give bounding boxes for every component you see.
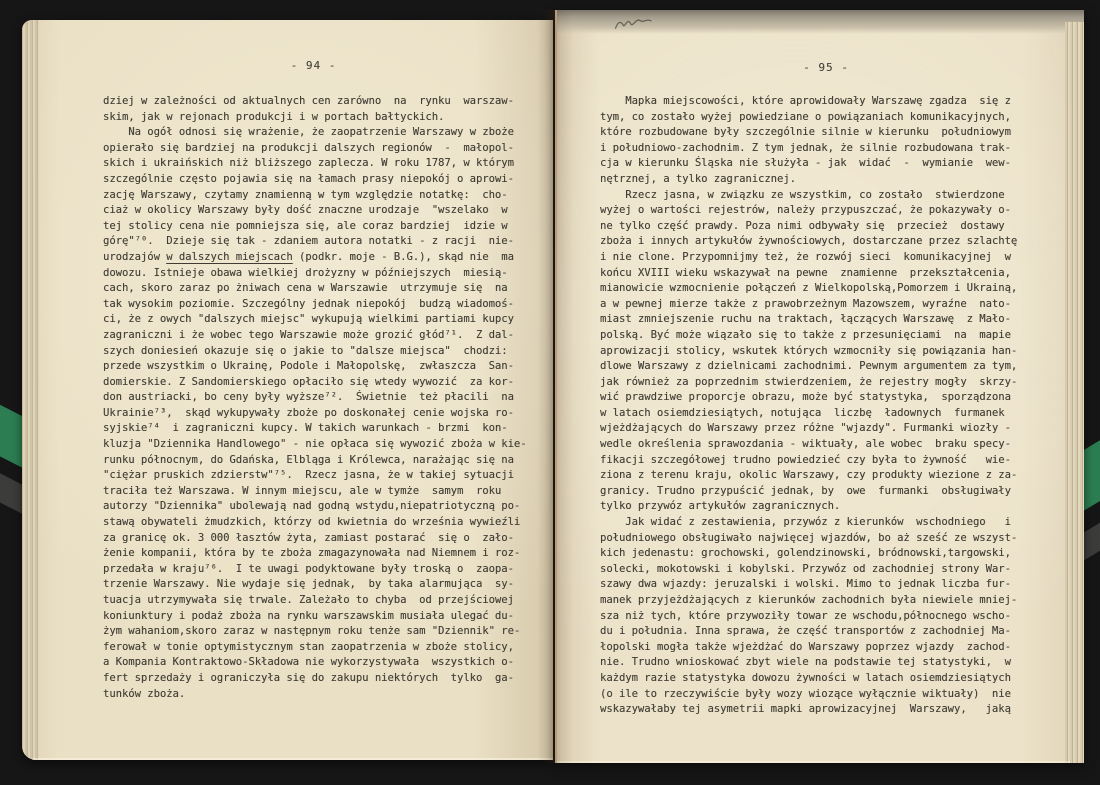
text-line: fert sprzedaży i ograniczyła się do zaku… <box>103 671 524 687</box>
text-line: skim, jak w rejonach produkcji i w porta… <box>103 110 524 126</box>
text-line: dowozu. Istnieje obawa wielkiej drożyzny… <box>103 266 524 282</box>
text-line: mianowicie wzmocnienie połączeń z Wielko… <box>600 281 1052 297</box>
text-line: du i południa. Inna sprawa, że część tra… <box>600 624 1052 640</box>
text-line: koniunktury i podaż zboża na rynku warsz… <box>103 609 524 625</box>
text-line: żym wahaniom,skoro zaraz w następnym rok… <box>103 624 524 640</box>
text-line: każdym razie statystyka dowozu żywności … <box>600 671 1052 687</box>
text-line: wyżej o wartości rejestrów, należy przyp… <box>600 203 1052 219</box>
text-line: cach, skoro zaraz po żniwach cena w Wars… <box>103 281 524 297</box>
text-line: i południowo-zachodnim. Z tym jednak, że… <box>600 141 1052 157</box>
text-line: zagraniczni i że wobec tego Warszawie mo… <box>103 328 524 344</box>
text-line: miast zmniejszenie ruchu na traktach, łą… <box>600 312 1052 328</box>
text-line: tym, co zostało wyżej powiedziane o powi… <box>600 110 1052 126</box>
text-line: końcu XVIII wieku wskazywał na pewne zna… <box>600 266 1052 282</box>
text-line: wjeżdżających do Warszawy przez różne "w… <box>600 421 1052 437</box>
text-line: Ukrainie⁷³, skąd wykupywały zboże po dos… <box>103 406 524 422</box>
page-edge-stack-left <box>22 20 39 760</box>
text-line: Jak widać z zestawienia, przywóz z kieru… <box>600 515 1052 531</box>
text-line: a Kompania Kontraktowo-Składowa nie wyko… <box>103 655 524 671</box>
text-line: stawą obywateli żmudzkich, którzy od kwi… <box>103 515 524 531</box>
page-number-right: - 95 - <box>600 60 1052 75</box>
text-line: polską. Być może wiązało się to także z … <box>600 328 1052 344</box>
text-line: szawy dwa wjazdy: jeruzalski i wolski. M… <box>600 577 1052 593</box>
text-line: tej stolicy cena nie pomniejsza się, ale… <box>103 219 524 235</box>
text-line: opierało się bardziej na produkcji dalsz… <box>103 141 524 157</box>
text-line: a w pewnej mierze także z prawobrzeżnym … <box>600 297 1052 313</box>
text-line: autorzy "Dziennika" ubolewają nad godną … <box>103 499 524 515</box>
text-line: tuacja utrzymywała się trwale. Zależało … <box>103 593 524 609</box>
text-line: dlowe Warszawy z dzielnicami zachodnimi.… <box>600 359 1052 375</box>
page-number-left: - 94 - <box>103 58 524 73</box>
text-line: domierskie. Z Sandomierskiego opłaciło s… <box>103 375 524 391</box>
text-line: urodzajów w dalszych miejscach (podkr. m… <box>103 250 524 266</box>
text-line: przedała w kraju⁷⁶. I te uwagi podyktowa… <box>103 562 524 578</box>
text-line: tylko przywóz artykułów zagranicznych. <box>600 499 1052 515</box>
text-line: wić prawdziwe proporcje obrazu, może być… <box>600 390 1052 406</box>
text-line: ci, że z owych "dalszych miejsc" wykupuj… <box>103 312 524 328</box>
text-line: tak wysokim poziomie. Szczególny jednak … <box>103 297 524 313</box>
text-line: kich jedenastu: grochowski, golendzinows… <box>600 546 1052 562</box>
page-text-left: dziej w zależności od aktualnych cen zar… <box>103 94 524 702</box>
text-line: Rzecz jasna, w związku ze wszystkim, co … <box>600 188 1052 204</box>
text-line: nętrznej, a tylko zagranicznej. <box>600 172 1052 188</box>
text-line: syjskie⁷⁴ i zagraniczni kupcy. W takich … <box>103 421 524 437</box>
text-line: tunków zboża. <box>103 687 524 703</box>
text-line: ziona z terenu kraju, okolic Warszawy, c… <box>600 468 1052 484</box>
text-line: szczególnie często pojawia się na łamach… <box>103 172 524 188</box>
text-line: w latach osiemdziesiątych, notująca licz… <box>600 406 1052 422</box>
text-line: zboża i innych artykułów żywnościowych, … <box>600 234 1052 250</box>
text-line: przede wszystkim o Ukrainę, Podole i Mał… <box>103 359 524 375</box>
text-line: ciaż w okolicy Warszawy były dość znaczn… <box>103 203 524 219</box>
page-edge-stack-right <box>1065 22 1084 763</box>
text-line: manek przyjeżdżających z kierunków zacho… <box>600 593 1052 609</box>
scanned-page-right: - 95 - Mapka miejscowości, które aprowid… <box>555 10 1084 763</box>
text-line: solecki, mokotowski i kobylski. Przywóz … <box>600 562 1052 578</box>
text-line: górę"⁷⁰. Dzieje się tak - zdaniem autora… <box>103 234 524 250</box>
text-line: don austriacki, bo ceny były wyższe⁷². Ś… <box>103 390 524 406</box>
text-line: żenie kompanii, która by te zboża zmagaz… <box>103 546 524 562</box>
text-line: jak również za poprzednim stwierdzeniem,… <box>600 375 1052 391</box>
text-line: cja w kierunku Śląska nie służyła - jak … <box>600 156 1052 172</box>
text-line: ne tylko część prawdy. Poza nimi odbywał… <box>600 219 1052 235</box>
text-line: kluzja "Dziennika Handlowego" - nie opła… <box>103 437 524 453</box>
text-line: runku północnym, do Gdańska, Elbląga i K… <box>103 453 524 469</box>
text-line: granicy. Trudno przypuścić jednak, by ow… <box>600 484 1052 500</box>
text-line: które rozbudowane były szczególnie silni… <box>600 125 1052 141</box>
text-line: szych doniesień okazuje się o jakie to "… <box>103 344 524 360</box>
text-line: fikacji szczegółowej trudno powiedzieć c… <box>600 453 1052 469</box>
text-line: Mapka miejscowości, które aprowidowały W… <box>600 94 1052 110</box>
text-line: aprowizacji stolicy, wskutek których wzm… <box>600 344 1052 360</box>
text-line: dziej w zależności od aktualnych cen zar… <box>103 94 524 110</box>
text-line: zację Warszawy, czytamy znamienną w tym … <box>103 188 524 204</box>
text-line: Na ogół odnosi się wrażenie, że zaopatrz… <box>103 125 524 141</box>
text-line: trzenie Warszawy. Nie wydaje się jednak,… <box>103 577 524 593</box>
text-line: za granicę ok. 3 000 łasztów żyta, zamia… <box>103 531 524 547</box>
text-line: nie. Trudno wnioskować zbyt wiele na pod… <box>600 655 1052 671</box>
text-line: (o ile to rzeczywiście były wozy wiozące… <box>600 687 1052 703</box>
text-line: sza niż tych, które przywoziły towar ze … <box>600 609 1052 625</box>
text-line: południowego obsługiwało najwięcej wjazd… <box>600 531 1052 547</box>
text-line: wedle określenia sprawozdania - wiktuały… <box>600 437 1052 453</box>
text-line: "ciężar pruskich zdzierstw"⁷⁵. Rzecz jas… <box>103 468 524 484</box>
text-line: ferował w tonie optymistycznym stan zaop… <box>103 640 524 656</box>
book-scan-viewer: - 94 - dziej w zależności od aktualnych … <box>0 0 1100 785</box>
scanned-page-left: - 94 - dziej w zależności od aktualnych … <box>22 20 553 760</box>
page-text-right: Mapka miejscowości, które aprowidowały W… <box>600 94 1052 718</box>
text-line: traciła też Warszawa. W innym miejscu, a… <box>103 484 524 500</box>
text-line: skich i ukraińskich niż bliższego zaplec… <box>103 156 524 172</box>
text-line: wskazywałaby tej asymetrii mapki aprowiz… <box>600 702 1052 718</box>
text-line: łopolski mogła także wjeżdżać do Warszaw… <box>600 640 1052 656</box>
text-line: i nie clone. Przypomnijmy też, że rozwój… <box>600 250 1052 266</box>
